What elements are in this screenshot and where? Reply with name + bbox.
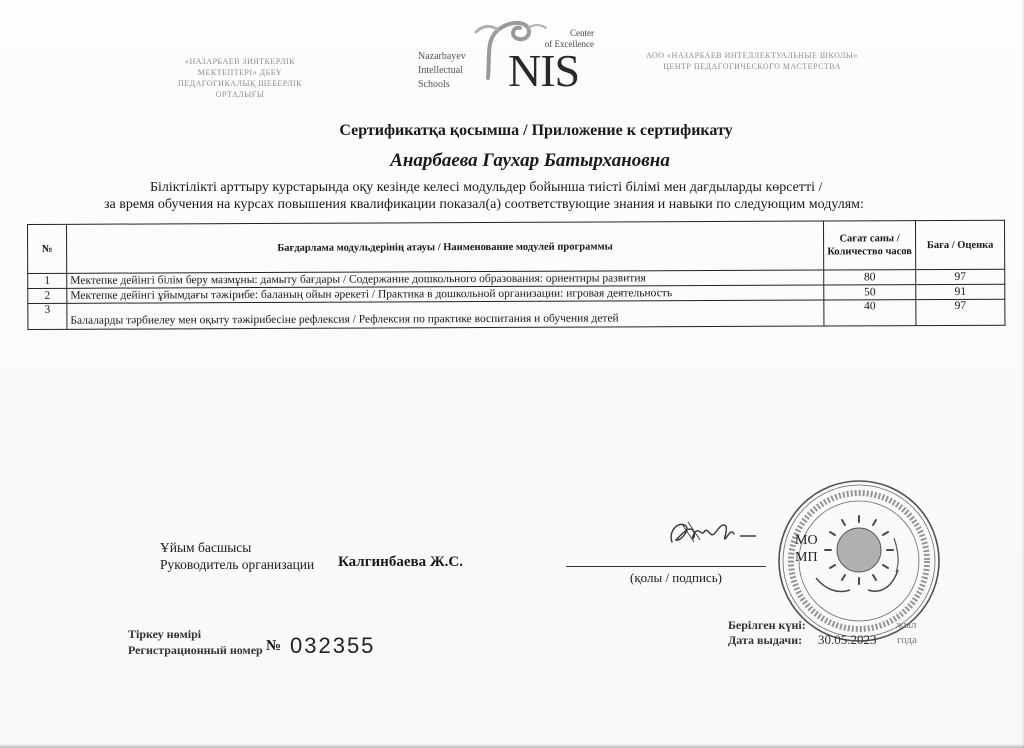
head-label-ru: Руководитель организации [160,557,314,573]
header-module-name: Бағдарлама модульдерінің атауы / Наимено… [67,221,824,273]
header-org-kz-line2: Педагогикалық шеберлік орталығы [155,78,325,100]
issue-date-label-ru: Дата выдачи: [728,633,802,648]
table-header-row: № Бағдарлама модульдерінің атауы / Наиме… [28,220,1005,273]
row-grade: 91 [916,284,1005,299]
signature-line [566,566,766,567]
row-number: 3 [28,303,67,329]
scan-edge-shadow [0,744,1024,748]
issue-date-label-kz: Берілген күні: [728,618,806,633]
issue-date-suffix-ru: года [897,634,917,646]
signature-caption: (қолы / подпись) [630,570,722,586]
row-grade: 97 [916,299,1005,325]
stamp-text: МОМП [795,532,818,566]
certificate-appendix-page: «Назарбаев Зияткерлік мектептері» ДББҰ П… [0,0,1024,748]
nis-logo-text: Nazarbayev Intellectual Schools [418,50,466,92]
head-name: Калгинбаева Ж.С. [338,554,463,571]
logo-line3: Schools [418,78,466,92]
row-number: 1 [28,273,67,288]
document-title: Сертификатқа қосымша / Приложение к серт… [0,122,1024,140]
row-hours: 40 [824,300,916,326]
registration-number-sign: № [266,638,281,655]
intro-text-ru: за время обучения на курсах повышения кв… [0,197,1024,213]
registration-label-kz: Тіркеу нөмірі [128,627,201,642]
recipient-name: Анарбаева Гаухар Батырхановна [0,150,1024,172]
row-hours: 80 [824,270,916,285]
row-hours: 50 [824,285,916,300]
head-label-kz: Ұйым басшысы [160,540,251,556]
logo-line2: Intellectual [418,64,466,78]
table-row: 3 Балаларды тәрбиелеу мен оқыту тәжірибе… [28,299,1005,329]
header-org-ru: АОО «Назарбаев Интеллектуальные школы» Ц… [612,50,892,72]
intro-text-kz: Біліктілікті арттыру курстарында оқу кез… [0,180,1024,196]
modules-table: № Бағдарлама модульдерінің атауы / Наиме… [27,220,1005,330]
header-org-ru-line2: Центр педагогического мастерства [612,61,892,72]
issue-date-suffix-kz: жыл [896,619,916,631]
handwritten-signature-icon [660,512,770,552]
registration-number: 032355 [290,633,375,659]
header-grade: Баға / Оценка [915,220,1004,269]
registration-label-ru: Регистрационный номер [128,643,263,658]
header-org-kz-line1: «Назарбаев Зияткерлік мектептері» ДББҰ [155,56,325,78]
row-module-name: Балаларды тәрбиелеу мен оқыту тәжірибесі… [67,300,824,329]
logo-brand: NIS [508,48,579,94]
row-number: 2 [28,288,67,303]
header-hours: Сағат саны / Количество часов [823,221,915,270]
header-org-ru-line1: АОО «Назарбаев Интеллектуальные школы» [612,50,892,61]
issue-date-value: 30.05.2023 [818,632,877,648]
header-org-kz: «Назарбаев Зияткерлік мектептері» ДББҰ П… [155,56,325,100]
header-number: № [28,224,67,273]
logo-center-line1: Center [544,28,594,39]
nis-logo: Nazarbayev Intellectual Schools Center o… [418,10,598,92]
logo-line1: Nazarbayev [418,50,466,64]
row-grade: 97 [916,269,1005,284]
